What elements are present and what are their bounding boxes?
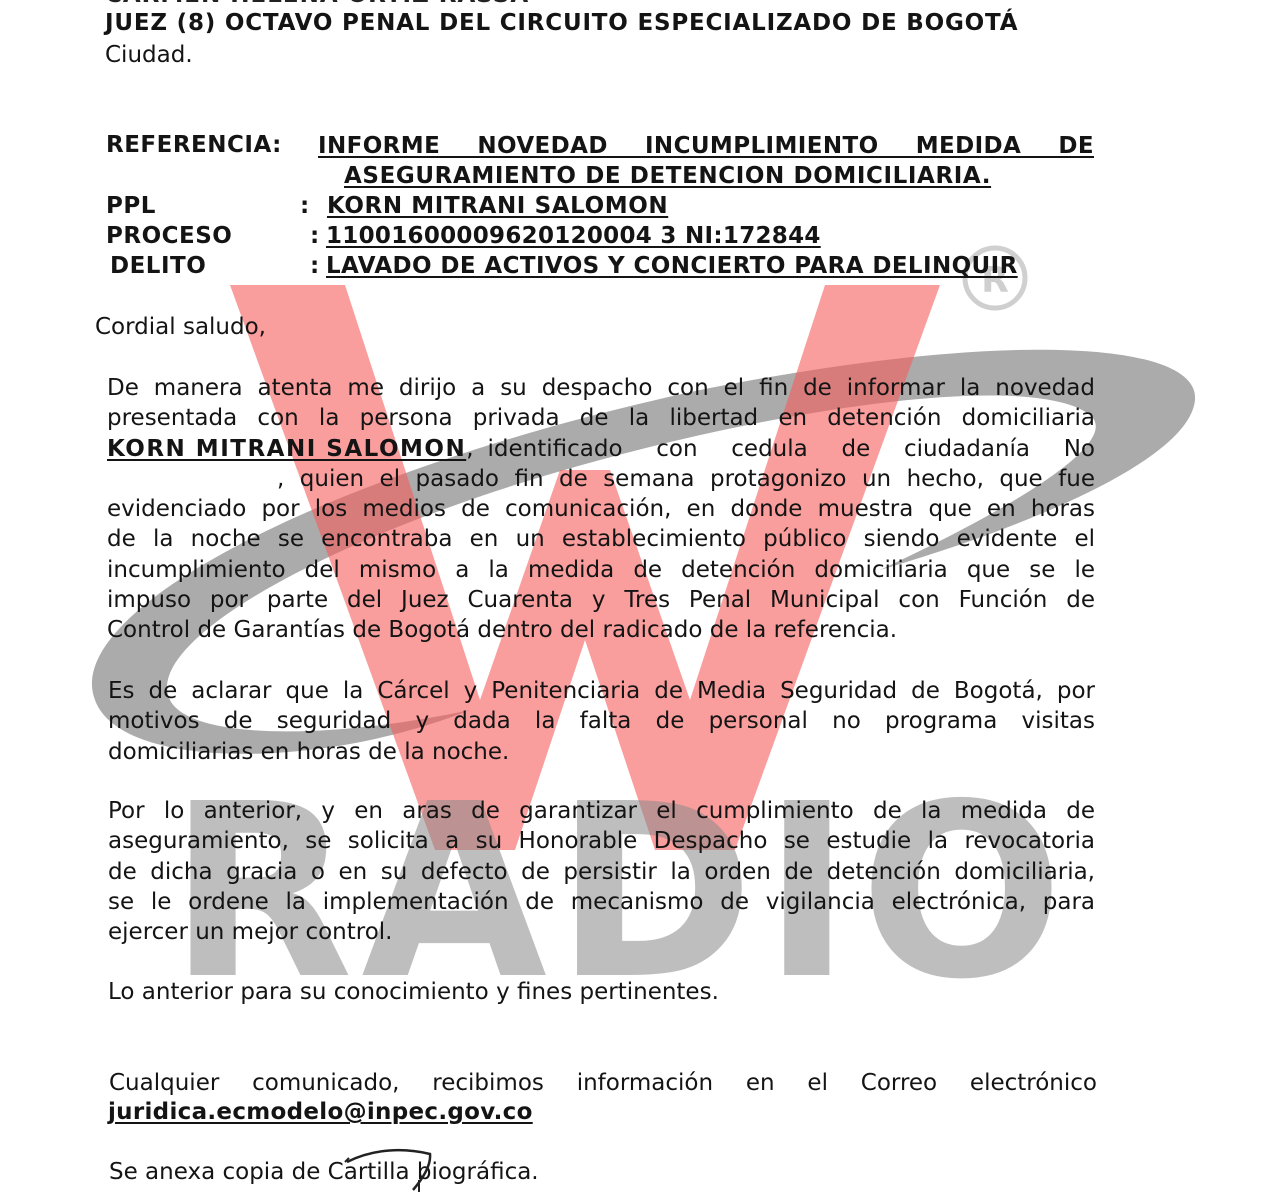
document-page: CARMEN HELENA ORTIZ RASSA JUEZ (8) OCTAV…: [0, 0, 1280, 1192]
para3-row: aseguramiento, se solicita a su Honorabl…: [108, 826, 1095, 856]
paragraph-novedad: De manera atenta me dirijo a su despacho…: [107, 373, 1095, 646]
para3-row: Por lo anterior, y en aras de garantizar…: [108, 796, 1095, 826]
handwritten-annotation-mark: [335, 1140, 455, 1192]
para1-row: evidenciado por los medios de comunicaci…: [107, 494, 1095, 524]
para3-row: de dicha gracia o en su defecto de persi…: [108, 857, 1095, 887]
ppl-value: KORN MITRANI SALOMON: [327, 191, 668, 221]
addressee-name-cutoff: CARMEN HELENA ORTIZ RASSA: [105, 0, 529, 8]
paragraph-solicitud: Por lo anterior, y en aras de garantizar…: [108, 796, 1095, 947]
delito-label: DELITO: [110, 251, 206, 281]
greeting: Cordial saludo,: [95, 312, 266, 342]
para1-row-tail: identificado con cedula de ciudadanía No: [488, 434, 1095, 464]
para3-row: se le ordene la implementación de mecani…: [108, 887, 1095, 917]
para1-row: de la noche se encontraba en un establec…: [107, 524, 1095, 554]
proceso-label: PROCESO: [106, 221, 232, 251]
ppl-separator: :: [300, 191, 310, 221]
para1-row: incumplimiento del mismo a la medida de …: [107, 555, 1095, 585]
para2-row: Es de aclarar que la Cárcel y Penitencia…: [108, 676, 1095, 706]
ppl-label: PPL: [106, 191, 156, 221]
reference-subject-line1: INFORME NOVEDAD INCUMPLIMIENTO MEDIDA DE: [318, 131, 1094, 161]
para1-row-redacted: , quien el pasado fin de semana protagon…: [107, 464, 1095, 494]
para1-row: presentada con la persona privada de la …: [107, 403, 1095, 433]
contact-email-link[interactable]: juridica.ecmodelo@inpec.gov.co: [108, 1097, 533, 1127]
para1-row-name: KORN MITRANI SALOMON, identificado con c…: [107, 434, 1095, 464]
contact-text: Cualquier comunicado, recibimos informac…: [109, 1068, 1097, 1098]
delito-value: LAVADO DE ACTIVOS Y CONCIERTO PARA DELIN…: [326, 251, 1018, 281]
reference-subject-line2: ASEGURAMIENTO DE DETENCION DOMICILIARIA.: [344, 161, 991, 191]
para2-row: motivos de seguridad y dada la falta de …: [108, 706, 1095, 736]
proceso-value: 11001600009620120004 3 NI:172844: [326, 221, 821, 251]
paragraph-aclaracion: Es de aclarar que la Cárcel y Penitencia…: [108, 676, 1095, 767]
redacted-id-number: [107, 464, 277, 494]
proceso-separator: :: [310, 221, 320, 251]
reference-label: REFERENCIA:: [106, 130, 282, 160]
ppl-name-inline: KORN MITRANI SALOMON: [107, 436, 466, 462]
para3-row: ejercer un mejor control.: [108, 917, 1095, 947]
closing-line: Lo anterior para su conocimiento y fines…: [108, 977, 719, 1007]
addressee-city: Ciudad.: [105, 40, 193, 70]
delito-separator: :: [310, 251, 320, 281]
para1-row: Control de Garantías de Bogotá dentro de…: [107, 615, 1095, 645]
addressee-judge: JUEZ (8) OCTAVO PENAL DEL CIRCUITO ESPEC…: [105, 8, 1018, 38]
para1-row: impuso por parte del Juez Cuarenta y Tre…: [107, 585, 1095, 615]
para2-row: domiciliarias en horas de la noche.: [108, 737, 1095, 767]
para1-row: De manera atenta me dirijo a su despacho…: [107, 373, 1095, 403]
annex-line: Se anexa copia de Cartilla biográfica.: [109, 1157, 539, 1187]
